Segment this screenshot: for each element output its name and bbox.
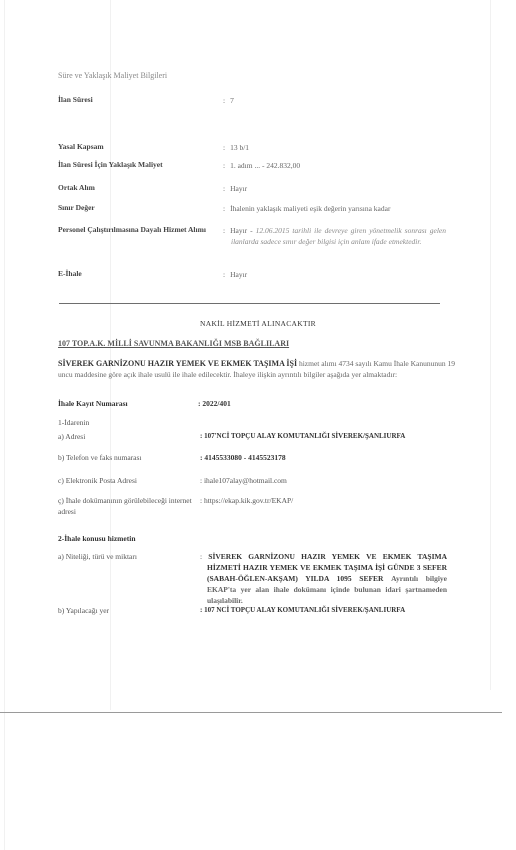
page-bottom-divider	[0, 712, 502, 713]
scan-edge-line	[490, 0, 491, 690]
scan-edge-line	[4, 0, 5, 850]
section-divider	[59, 303, 440, 304]
intro-paragraph: SİVEREK GARNİZONU HAZIR YEMEK VE EKMEK T…	[58, 358, 458, 380]
scan-edge-line	[110, 0, 111, 710]
ekap-link[interactable]: https://ekap.kik.gov.tr/EKAP/	[204, 496, 293, 505]
email-link[interactable]: ihale107alay@hotmail.com	[204, 476, 287, 485]
announcement-title: NAKİL HİZMETİ ALINACAKTIR	[0, 319, 516, 328]
organization-name: 107 TOP.A.K. MİLLİ SAVUNMA BAKANLIĞI MSB…	[58, 339, 289, 348]
section-title: Süre ve Yaklaşık Maliyet Bilgileri	[58, 71, 167, 80]
